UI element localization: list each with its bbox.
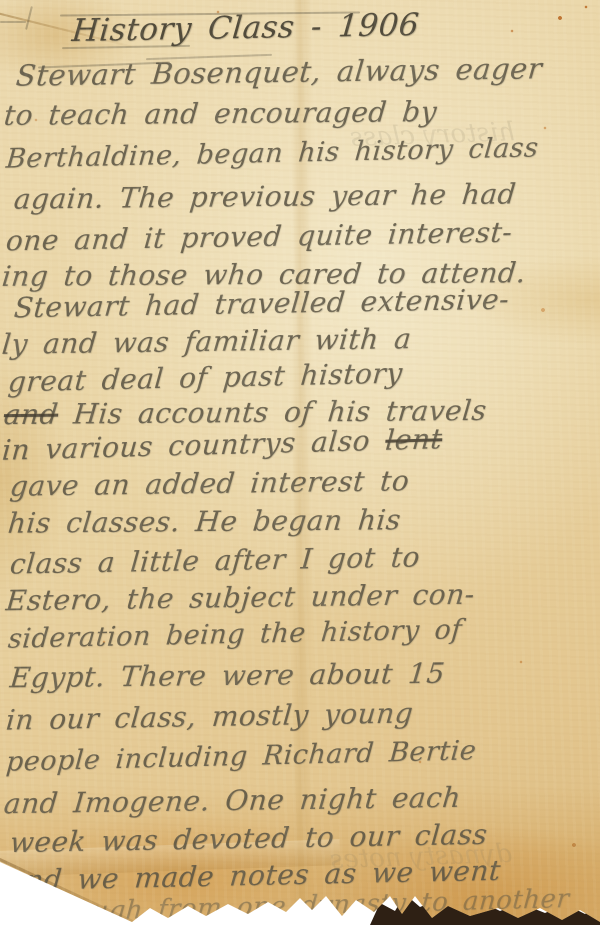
page-title: History Class - 1906 bbox=[70, 7, 420, 49]
handwritten-line: again. The previous year he had bbox=[12, 177, 517, 215]
handwritten-line: and Imogene. One night each bbox=[3, 781, 463, 820]
handwritten-line: sideration being the history of bbox=[7, 614, 463, 655]
handwritten-line: Estero, the subject under con- bbox=[5, 578, 477, 618]
handwritten-line: one and it proved quite interest- bbox=[5, 216, 514, 258]
handwritten-line: people including Richard Bertie bbox=[5, 735, 478, 778]
struck-word: and bbox=[2, 398, 59, 432]
handwritten-line: class a little after I got to bbox=[9, 540, 422, 580]
handwritten-line: his classes. He began his bbox=[6, 503, 402, 539]
handwritten-line: gave an added interest to bbox=[9, 464, 411, 503]
handwritten-line: Berthaldine, began his history class bbox=[5, 132, 540, 174]
handwritten-line: great deal of past history bbox=[7, 356, 404, 398]
journal-page: dynasty notes history class History Clas… bbox=[0, 0, 600, 925]
handwritten-line: Egypt. There were about 15 bbox=[8, 657, 446, 695]
handwritten-line: in our class, mostly young bbox=[5, 696, 415, 736]
handwritten-line: week was devoted to our class bbox=[9, 818, 489, 859]
handwritten-line: ly and was familiar with a bbox=[1, 322, 413, 361]
handwriting-layer: History Class - 1906 Stewart Bosenquet, … bbox=[0, 0, 600, 925]
struck-word: lent bbox=[384, 422, 443, 457]
handwritten-line: to teach and encouraged by bbox=[2, 95, 438, 132]
handwritten-line: Stewart Bosenquet, always eager bbox=[14, 51, 543, 92]
